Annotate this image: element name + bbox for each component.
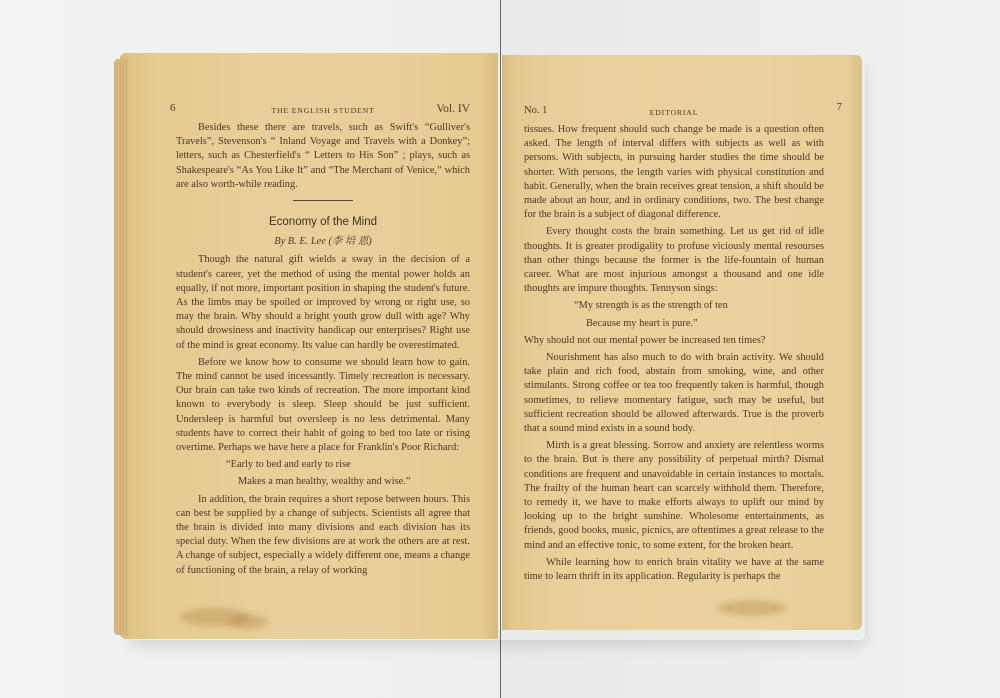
left-page-text: 6 THE ENGLISH STUDENT Vol. IV Besides th… (176, 103, 470, 578)
running-header: No. 1 EDITORIAL 7 (524, 105, 824, 123)
verse-line: Makes a man healthy, wealthy and wise.” (226, 475, 470, 489)
running-head-title: EDITORIAL (524, 106, 824, 120)
body-paragraph: Nourishment has also much to do with bra… (524, 351, 824, 436)
water-stain (717, 600, 787, 616)
article-title: Economy of the Mind (176, 215, 470, 229)
quoted-verse: “Early to bed and early to rise Makes a … (176, 458, 470, 489)
quoted-verse: “My strength is as the strength of ten B… (524, 299, 824, 330)
body-paragraph: Before we know how to consume we should … (176, 356, 470, 455)
page-number: 6 (170, 101, 176, 115)
body-paragraph: Every thought costs the brain something.… (524, 225, 824, 296)
running-head-title: THE ENGLISH STUDENT (176, 104, 470, 118)
section-divider (293, 200, 353, 201)
page-number: 7 (837, 100, 843, 114)
body-paragraph: tissues. How frequent should such change… (524, 123, 824, 222)
left-page: 6 THE ENGLISH STUDENT Vol. IV Besides th… (120, 53, 498, 639)
intro-paragraph: Besides these there are travels, such as… (176, 121, 470, 192)
water-stain (228, 615, 268, 629)
verse-line: “Early to bed and early to rise (226, 458, 470, 472)
running-header: 6 THE ENGLISH STUDENT Vol. IV (176, 103, 470, 121)
body-paragraph: Why should not our mental power be incre… (524, 334, 824, 348)
body-paragraph: While learning how to enrich brain vital… (524, 556, 824, 584)
volume-label: Vol. IV (436, 102, 470, 116)
body-paragraph: Though the natural gift wields a sway in… (176, 253, 470, 352)
right-page-text: No. 1 EDITORIAL 7 tissues. How frequent … (524, 105, 824, 584)
right-page: No. 1 EDITORIAL 7 tissues. How frequent … (502, 55, 862, 630)
verse-line: “My strength is as the strength of ten (574, 299, 824, 313)
body-paragraph: In addition, the brain requires a short … (176, 493, 470, 578)
verse-line: Because my heart is pure.” (574, 317, 824, 331)
article-byline: By B. E. Lee (李 培 恩) (176, 235, 470, 249)
body-paragraph: Mirth is a great blessing. Sorrow and an… (524, 439, 824, 553)
